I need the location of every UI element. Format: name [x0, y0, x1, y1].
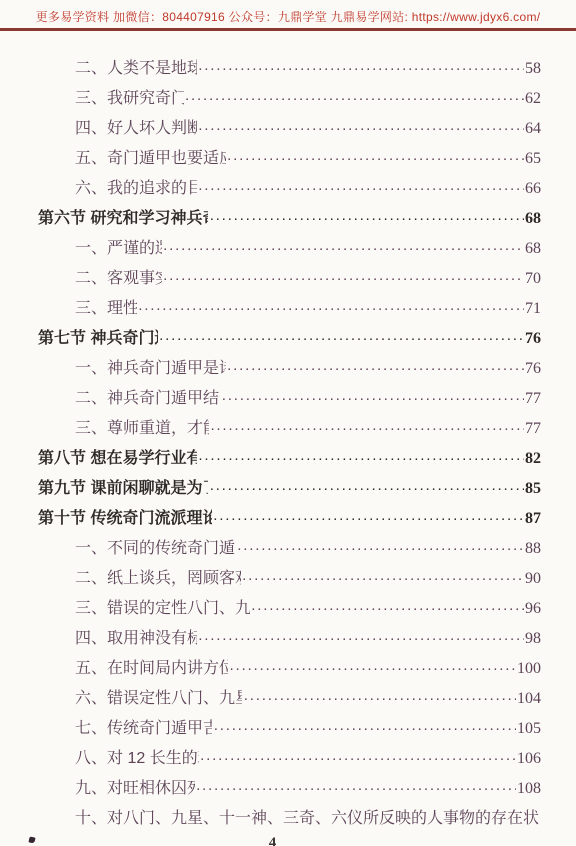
toc-dot-leader	[196, 774, 516, 804]
toc-dot-leader	[163, 264, 524, 294]
toc-entry-page-number: 88	[525, 534, 541, 564]
toc-entry-page-number: 77	[525, 414, 541, 444]
toc-entry-page-number: 65	[525, 144, 541, 174]
toc-dot-leader	[221, 384, 524, 414]
toc-entry-page-number: 68	[525, 204, 541, 234]
toc-entry-label: 一、严谨的逻辑推论	[75, 234, 162, 264]
toc-entry-label: 一、神兵奇门遁甲是诸葛武侯秘传神兵奇门	[75, 354, 226, 384]
toc-entry-page-number: 105	[517, 714, 541, 744]
toc-entry: 六、我的追求的目标是永恒不灭 66	[38, 174, 541, 204]
toc-entry-label: 四、取用神没有标准，各说各理	[75, 624, 197, 654]
toc-entry: 三、尊师重道，才能获得祖师的加持 77	[38, 414, 541, 444]
toc-entry-page-number: 76	[525, 354, 541, 384]
toc-dot-leader	[209, 474, 524, 504]
toc-entry-page-number: 106	[517, 744, 541, 774]
toc-entry: 第十节 传统奇门流派理论技术的 18 个致命错误 87	[38, 504, 541, 534]
toc-dot-leader	[243, 684, 516, 714]
toc-entry-page-number: 70	[525, 264, 541, 294]
toc-dot-leader	[198, 114, 524, 144]
toc-dot-leader	[138, 294, 524, 324]
toc-entry: 九、对旺相休囚死的认知有错误 108	[38, 774, 541, 804]
toc-entry-page-number: 77	[525, 384, 541, 414]
toc-dot-leader	[210, 414, 524, 444]
toc-dot-leader	[198, 624, 524, 654]
toc-entry: 二、纸上谈兵，罔顾客观事实，不讲逻辑的荒唐性 90	[38, 564, 541, 594]
toc-dot-leader	[237, 534, 524, 564]
toc-entry-label: 二、人类不是地球上唯一的生命	[75, 54, 197, 84]
promo-header-text: 更多易学资料 加微信：804407916 公众号：九鼎学堂 九鼎易学网站: ht…	[0, 8, 576, 25]
toc-entry: 一、神兵奇门遁甲是诸葛武侯秘传神兵奇门 76	[38, 354, 541, 384]
toc-entry-label: 六、我的追求的目标是永恒不灭	[75, 174, 197, 204]
toc-entry-label: 三、尊师重道，才能获得祖师的加持	[75, 414, 209, 444]
toc-entry: 七、传统奇门遁甲吉格凶格的错误说法 105	[38, 714, 541, 744]
toc-dot-leader	[227, 354, 524, 384]
toc-entry-label: 二、神兵奇门遁甲结合了吕氏时空人理论	[75, 384, 220, 414]
toc-entry-label: 五、奇门遁甲也要适应时代，也要创新发展	[75, 144, 226, 174]
toc-entry: 五、在时间局内讲方位、环境事物、用神等等 100	[38, 654, 541, 684]
scanned-book-page: 更多易学资料 加微信：804407916 公众号：九鼎学堂 九鼎易学网站: ht…	[0, 0, 576, 846]
toc-dot-leader	[227, 144, 524, 174]
toc-entry-label: 八、对 12 长生的理解认知的错误	[75, 744, 199, 774]
toc-entry: 六、错误定性八门、九星、十一神、奇仪所代表意义 104	[38, 684, 541, 714]
toc-entry: 二、神兵奇门遁甲结合了吕氏时空人理论 77	[38, 384, 541, 414]
toc-entry: 十、对八门、九星、十一神、三奇、六仪所反映的人事物的存在状	[38, 804, 541, 834]
toc-entry-page-number: 76	[525, 324, 541, 354]
toc-entry: 三、理性辩证 71	[38, 294, 541, 324]
toc-entry-page-number: 62	[525, 84, 541, 114]
toc-entry: 一、严谨的逻辑推论 68	[38, 234, 541, 264]
toc-entry-label: 第九节 课前闲聊就是为了让学员调整思维方式	[38, 474, 208, 504]
toc-entry: 第六节 研究和学习神兵奇门遁甲的规则、原则 68	[38, 204, 541, 234]
footer-page-number: 4	[0, 835, 545, 846]
toc-entry-label: 七、传统奇门遁甲吉格凶格的错误说法	[75, 714, 212, 744]
toc-entry-page-number: 96	[525, 594, 541, 624]
toc-entry-label: 二、纸上谈兵，罔顾客观事实，不讲逻辑的荒唐性	[75, 564, 241, 594]
toc-entry-page-number: 98	[525, 624, 541, 654]
header-divider-rule	[0, 28, 576, 31]
toc-entry: 一、不同的传统奇门遁甲流派起局方法的矛盾性 88	[38, 534, 541, 564]
toc-dot-leader	[198, 174, 524, 204]
toc-dot-leader	[163, 234, 524, 264]
toc-entry-label: 第十节 传统奇门流派理论技术的 18 个致命错误	[38, 504, 212, 534]
toc-entry-label: 六、错误定性八门、九星、十一神、奇仪所代表意义	[75, 684, 242, 714]
toc-dot-leader	[159, 324, 524, 354]
toc-entry-page-number: 104	[517, 684, 541, 714]
toc-dot-leader	[198, 444, 524, 474]
toc-entry-page-number: 68	[525, 234, 541, 264]
toc-entry-page-number: 90	[525, 564, 541, 594]
toc-entry: 三、我研究奇门遁甲的缘起 62	[38, 84, 541, 114]
toc-dot-leader	[251, 594, 524, 624]
toc-entry-page-number: 108	[517, 774, 541, 804]
toc-entry: 三、错误的定性八门、九星、十一神、奇仪干支的吉凶 96	[38, 594, 541, 624]
toc-entry-label: 九、对旺相休囚死的认知有错误	[75, 774, 195, 804]
toc-entry-page-number: 82	[525, 444, 541, 474]
toc-entry-label: 五、在时间局内讲方位、环境事物、用神等等	[75, 654, 228, 684]
toc-entry-page-number: 85	[525, 474, 541, 504]
toc-dot-leader	[185, 84, 524, 114]
toc-entry-label: 二、客观事实的印证	[75, 264, 162, 294]
toc-dot-leader	[213, 504, 524, 534]
toc-dot-leader	[229, 654, 516, 684]
toc-entry: 四、取用神没有标准，各说各理 98	[38, 624, 541, 654]
toc-entry-page-number: 64	[525, 114, 541, 144]
toc-entry-label: 三、错误的定性八门、九星、十一神、奇仪干支的吉凶	[75, 594, 250, 624]
toc-dot-leader	[242, 564, 524, 594]
table-of-contents: 二、人类不是地球上唯一的生命 58 三、我研究奇门遁甲的缘起 62 四、好人坏人…	[38, 54, 541, 834]
toc-entry: 第八节 想在易学行业有发展就要排除万难 82	[38, 444, 541, 474]
toc-entry-page-number: 100	[517, 654, 541, 684]
toc-entry: 第九节 课前闲聊就是为了让学员调整思维方式 85	[38, 474, 541, 504]
toc-entry-label: 一、不同的传统奇门遁甲流派起局方法的矛盾性	[75, 534, 236, 564]
toc-entry: 二、人类不是地球上唯一的生命 58	[38, 54, 541, 84]
toc-dot-leader	[213, 714, 516, 744]
toc-entry: 四、好人坏人判断的标准是什么 64	[38, 114, 541, 144]
toc-entry: 第七节 神兵奇门遁甲的传承 76	[38, 324, 541, 354]
toc-entry-label: 三、我研究奇门遁甲的缘起	[75, 84, 184, 114]
toc-entry-label: 十、对八门、九星、十一神、三奇、六仪所反映的人事物的存在状	[75, 804, 539, 834]
toc-entry-label: 三、理性辩证	[75, 294, 137, 324]
toc-entry-page-number: 58	[525, 54, 541, 84]
toc-entry-page-number: 87	[525, 504, 541, 534]
toc-dot-leader	[198, 54, 524, 84]
toc-entry-label: 第六节 研究和学习神兵奇门遁甲的规则、原则	[38, 204, 208, 234]
toc-entry-label: 四、好人坏人判断的标准是什么	[75, 114, 197, 144]
toc-dot-leader	[200, 744, 516, 774]
toc-dot-leader	[209, 204, 524, 234]
toc-entry-label: 第七节 神兵奇门遁甲的传承	[38, 324, 158, 354]
toc-entry: 五、奇门遁甲也要适应时代，也要创新发展 65	[38, 144, 541, 174]
toc-entry-page-number: 66	[525, 174, 541, 204]
toc-entry: 八、对 12 长生的理解认知的错误 106	[38, 744, 541, 774]
toc-entry-label: 第八节 想在易学行业有发展就要排除万难	[38, 444, 197, 474]
toc-entry: 二、客观事实的印证 70	[38, 264, 541, 294]
toc-entry-page-number: 71	[525, 294, 541, 324]
